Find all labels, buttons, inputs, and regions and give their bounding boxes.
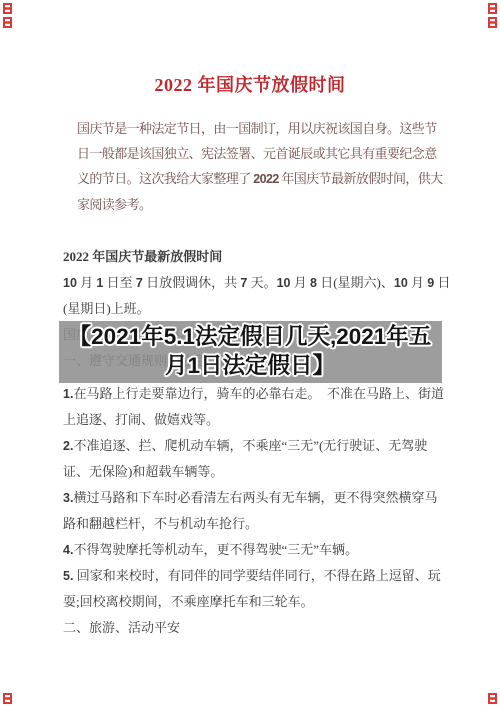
text-line: 2.不准追逐、拦、爬机动车辆，不乘座“三无”(无行驶证、无驾驶 [63,433,442,459]
subtitle-line-1: 【2021年5.1法定假日几天,2021年五 [0,322,500,351]
text-line: 二、旅游、活动平安 [63,615,442,641]
text-line: 证、无保险)和超载车辆等。 [63,459,442,485]
corner-marker-top-right-icon [488,3,497,28]
text-line: 5. 回家和来校时，有同伴的同学要结伴同行，不得在路上逗留、玩 [63,563,442,589]
intro-paragraph: 国庆节是一种法定节日，由一国制订，用以庆祝该国自身。这些节日一般都是该国独立、宪… [77,116,424,217]
subtitle-line-2: 月1日法定假日】 [0,351,500,380]
text-line: 上追逐、打闹、做嬉戏等。 [63,407,442,433]
text-line: 国庆节是一种法定节日，由一国制订，用以庆祝该国自身。这些节 [77,116,424,141]
text-line: 1.在马路上行走要靠边行，骑车的必靠右走。 不准在马路上、街道 [63,381,442,407]
page-title: 2022 年国庆节放假时间 [0,74,500,96]
text-line: 3.横过马路和下车时必看清左右两头有无车辆，更不得突然横穿马 [63,485,442,511]
subtitle-headline: 【2021年5.1法定假日几天,2021年五 月1日法定假日】 [0,322,500,380]
section-heading: 2022 年国庆节最新放假时间 [63,244,442,270]
text-line: 耍;回校离校期间，不乘座摩托车和三轮车。 [63,589,442,615]
text-line: 家阅读参考。 [77,192,424,217]
text-line: 路和翻越栏杆，不与机动车抢行。 [63,511,442,537]
article-page: 2022 年国庆节放假时间 国庆节是一种法定节日，由一国制订，用以庆祝该国自身。… [0,0,500,706]
text-line: 义的节日。这次我给大家整理了 2022 年国庆节最新放假时间，供大 [77,166,424,192]
text-line: 4.不得驾驶摩托等机动车，更不得驾驶“三无”车辆。 [63,537,442,563]
corner-marker-bottom-right-icon [488,693,497,704]
corner-marker-top-left-icon [3,3,12,28]
text-line: 10 月 1 日至 7 日放假调休，共 7 天。10 月 8 日(星期六)、10… [63,270,442,296]
text-line: (星期日)上班。 [63,296,442,322]
corner-marker-bottom-left-icon [3,693,12,704]
text-line: 日一般都是该国独立、宪法签署、元首诞辰或其它具有重要纪念意 [77,141,424,166]
holiday-schedule-paragraph: 10 月 1 日至 7 日放假调休，共 7 天。10 月 8 日(星期六)、10… [63,270,442,322]
safety-rules-list: 1.在马路上行走要靠边行，骑车的必靠右走。 不准在马路上、街道上追逐、打闹、做嬉… [63,381,442,641]
